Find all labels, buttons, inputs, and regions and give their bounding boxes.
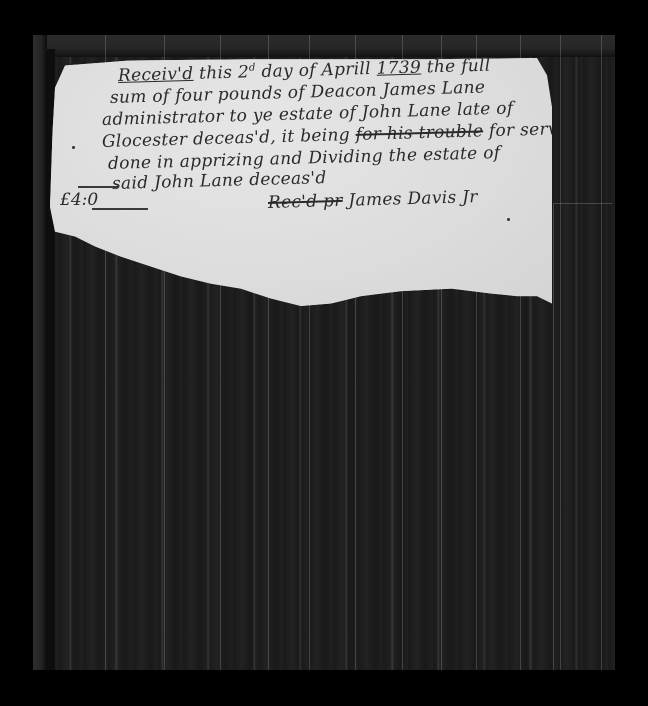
- backing-panel: [553, 203, 612, 670]
- receipt-amount: £4:0: [60, 190, 98, 210]
- text-segment: this 2: [193, 62, 249, 84]
- amount-rule: [92, 208, 148, 210]
- signature-line: Rec'd pr James Davis Jr: [268, 187, 478, 213]
- document-viewer: Receiv'd this 2d day of Aprill 1739 the …: [0, 0, 648, 706]
- scan-left-edge: [33, 35, 47, 670]
- backing-striation: [601, 35, 602, 670]
- text-segment: Rec'd pr: [268, 191, 343, 213]
- text-segment: James Davis Jr: [342, 187, 478, 211]
- text-segment: day of Aprill: [255, 59, 376, 82]
- ink-spot: [72, 146, 75, 149]
- text-segment: 1739: [376, 58, 421, 79]
- ink-spot: [507, 218, 510, 221]
- backing-striation: [560, 35, 561, 670]
- scan-top-edge: [33, 35, 615, 57]
- text-segment: Receiv'd: [118, 64, 194, 86]
- text-segment: for his trouble: [355, 121, 483, 145]
- amount-rule: [78, 186, 118, 188]
